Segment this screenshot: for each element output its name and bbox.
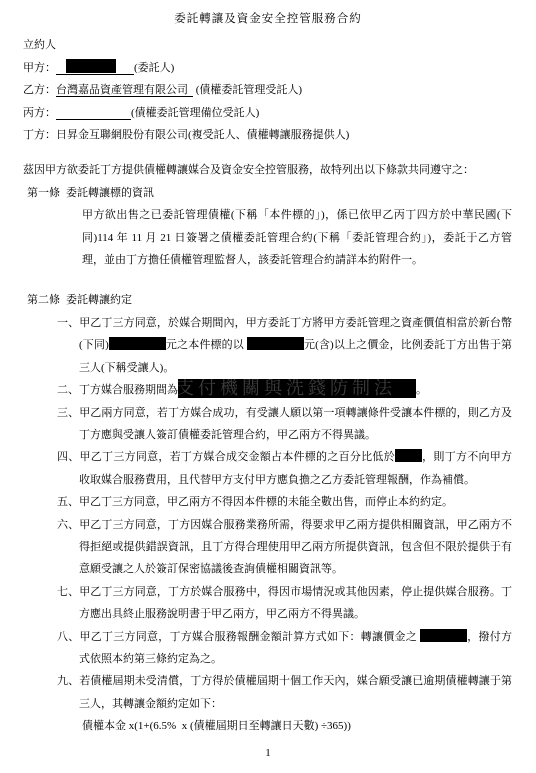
redaction-box [395,449,422,462]
text-run: 丁方媒合服務期間為 [79,384,178,396]
redaction-box [109,337,166,350]
contract-item: 一、甲乙丁三方同意，於媒合期間內，甲方委託丁方將甲方委託管理之資產價值相當於新台… [57,312,512,379]
redaction-box [66,59,116,73]
party-d-name-role: 日昇金互聯網股份有限公司(複受託人、債權轉讓服務提供人) [56,129,349,141]
party-c-prefix: 丙方： [23,107,56,119]
blank-space [56,63,66,71]
text-run: 甲乙丁三方同意，丁方於媒合服務中，得因市場情況或其他因素，停止提供媒合服務。丁方… [79,586,512,620]
text-run: 甲乙丁三方同意，丁方媒合服務報酬金額計算方式如下：轉讓價金之 [80,631,421,643]
contract-item: 七、甲乙丁三方同意，丁方於媒合服務中，得因市場情況或其他因素，停止提供媒合服務。… [57,581,512,626]
ghost-redaction-box: 支付機關與洗錢防制法 [178,379,416,398]
clause2-items: 一、甲乙丁三方同意，於媒合期間內，甲方委託丁方將甲方委託管理之資產價值相當於新台… [57,312,512,738]
party-line: 丁方：日昇金互聯網股份有限公司(複受託人、債權轉讓服務提供人) [23,124,536,146]
parties-block: 立約人 甲方：(委託人)乙方：台灣嘉品資產管理有限公司 (債權委託管理受託人)丙… [23,34,536,146]
page-number: 1 [0,746,536,760]
item-number: 五、 [57,496,79,508]
party-b-prefix: 乙方： [23,84,56,96]
underline-field [56,107,131,120]
party-a-prefix: 甲方： [23,62,56,74]
contract-item: 四、甲乙丁三方同意，若丁方媒合成交金額占本件標的之百分比低於，則丁方不向甲方收取… [57,446,512,491]
clause1-body: 甲方欲出售之已委託管理債權(下稱「本件標的」)，係已依甲乙丙丁四方於中華民國(下… [82,204,512,271]
contract-item: 三、甲乙兩方同意，若丁方媒合成功，有受讓人願以第一項轉讓條件受讓本件標的，則乙方… [57,402,512,447]
party-b-name: 台灣嘉品資產管理有限公司 [56,84,188,96]
clause2-heading: 第二條委託轉讓約定 [27,289,536,311]
party-c-role: (債權委託管理備位受託人) [131,107,259,119]
clause1-number: 第一條 [27,187,60,199]
underline-field: 台灣嘉品資產管理有限公司 [56,84,193,97]
clause1-heading: 第一條委託轉讓標的資訊 [27,182,536,204]
item-number: 四、 [57,451,80,463]
blank-space [116,63,134,71]
item-number: 一、 [57,317,79,329]
contract-item: 九、若債權屆期未受清償，丁方得於債權屆期十個工作天內，媒合願受讓已逾期債權轉讓于… [57,670,512,715]
document-title: 委託轉讓及資金安全控管服務合約 [0,0,536,30]
text-run: 元之本件標的以 [166,339,247,351]
contract-item: 二、丁方媒合服務期間為支付機關與洗錢防制法。 [57,379,512,401]
party-a-role: (委託人) [134,62,174,74]
item-number: 二、 [57,384,79,396]
redaction-box [420,629,467,642]
item-number: 九、 [57,675,79,687]
text-run: 。 [416,384,427,396]
item-number: 七、 [57,586,79,598]
parties-label: 立約人 [23,34,536,56]
party-line: 丙方：(債權委託管理備位受託人) [23,102,536,124]
clause1-title: 委託轉讓標的資訊 [66,187,154,199]
party-line: 乙方：台灣嘉品資產管理有限公司 (債權委託管理受託人) [23,79,536,101]
item-number: 六、 [57,519,79,531]
party-line: 甲方：(委託人) [23,57,536,79]
party-rows: 甲方：(委託人)乙方：台灣嘉品資產管理有限公司 (債權委託管理受託人)丙方：(債… [23,57,536,147]
item-number: 三、 [57,407,79,419]
text-run: 甲乙兩方同意，若丁方媒合成功，有受讓人願以第一項轉讓條件受讓本件標的，則乙方及丁… [79,407,512,441]
text-run: 甲乙丁三方同意，若丁方媒合成交金額占本件標的之百分比低於 [80,451,395,463]
party-b-role: (債權委託管理受託人) [193,84,302,96]
underline-field [56,62,134,75]
preamble-text: 茲因甲方欲委託丁方提供債權轉讓媒合及資金安全控管服務，故特列出以下條款共同遵守之… [23,159,515,181]
clause2-title: 委託轉讓約定 [66,294,132,306]
contract-item: 八、甲乙丁三方同意，丁方媒合服務報酬金額計算方式如下：轉讓價金之 ，撥付方式依照… [57,626,512,671]
interest-formula: 債權本金 x(1+(6.5% x (債權屆期日至轉讓日天數) ÷365)) [82,715,512,737]
blank-space [56,108,131,116]
contract-item: 六、甲乙丁三方同意，丁方因媒合服務業務所需，得要求甲乙兩方提供相關資訊，甲乙兩方… [57,514,512,581]
clause2-number: 第二條 [27,294,60,306]
text-run: 甲乙丁三方同意，丁方因媒合服務業務所需，得要求甲乙兩方提供相關資訊，甲乙兩方不得… [79,519,512,576]
redaction-box [247,337,304,350]
contract-item: 五、甲乙丁三方同意，甲乙兩方不得因本件標的未能全數出售，而停止本約約定。 [57,491,512,513]
contract-page: 委託轉讓及資金安全控管服務合約 立約人 甲方：(委託人)乙方：台灣嘉品資產管理有… [0,0,536,773]
text-run: 甲乙丁三方同意，甲乙兩方不得因本件標的未能全數出售，而停止本約約定。 [79,496,453,508]
party-d-prefix: 丁方： [23,129,56,141]
item-number: 八、 [57,631,80,643]
text-run: 若債權屆期未受清償，丁方得於債權屆期十個工作天內，媒合願受讓已逾期債權轉讓于第三… [79,675,512,709]
